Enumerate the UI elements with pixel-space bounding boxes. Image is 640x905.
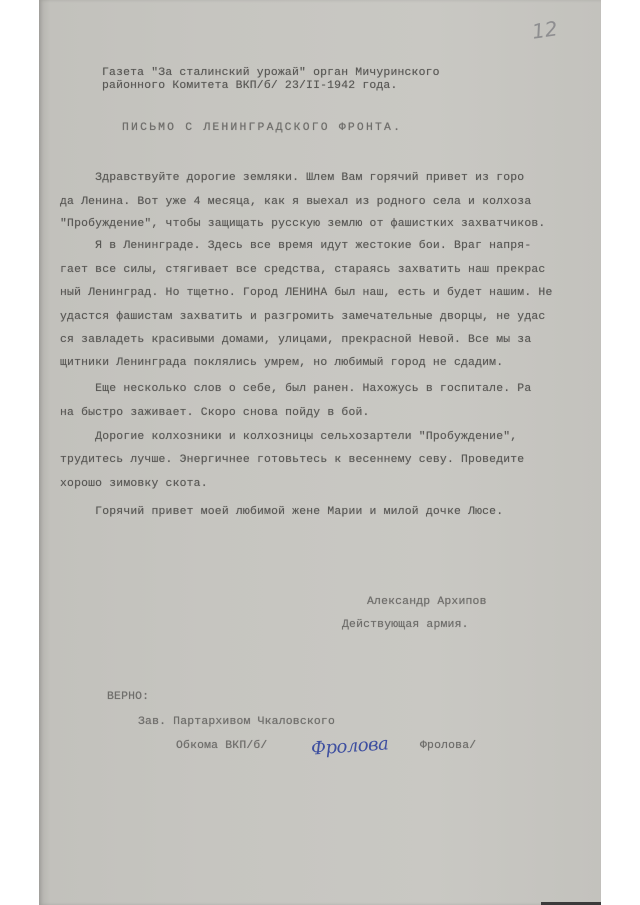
body-line: Еще несколько слов о себе, был ранен. На… <box>60 383 531 395</box>
body-line: "Пробуждение", чтобы защищать русскую зе… <box>60 218 545 230</box>
body-line: да Ленина. Вот уже 4 месяца, как я выеха… <box>60 196 531 208</box>
author-unit: Действующая армия. <box>342 619 469 631</box>
body-line: Здравствуйте дорогие земляки. Шлем Вам г… <box>60 172 524 184</box>
body-line: трудитесь лучше. Энергичнее готовьтесь к… <box>60 454 524 466</box>
body-line: на быстро заживает. Скоро снова пойду в … <box>60 407 370 419</box>
document-page <box>39 0 601 905</box>
certification-line-2-prefix: Обкома ВКП/б/ <box>176 740 267 752</box>
certification-line-2-suffix: Фролова/ <box>420 740 476 752</box>
body-line: Горячий привет моей любимой жене Марии и… <box>60 506 503 518</box>
certification-line-1: Зав. Партархивом Чкаловского <box>138 716 335 728</box>
body-line: щитники Ленинграда поклялись умрем, но л… <box>60 357 503 369</box>
certification-label: ВЕРНО: <box>107 691 149 703</box>
body-line: гает все силы, стягивает все средства, с… <box>60 264 545 276</box>
body-line: Я в Ленинграде. Здесь все время идут жес… <box>60 240 531 252</box>
body-line: ся завладеть красивыми домами, улицами, … <box>60 334 531 346</box>
body-line: хорошо зимовку скота. <box>60 478 208 490</box>
body-line: Дорогие колхозники и колхозницы сельхоза… <box>60 431 517 443</box>
body-line: удастся фашистам захватить и разгромить … <box>60 311 545 323</box>
letter-title: ПИСЬМО С ЛЕНИНГРАДСКОГО ФРОНТА. <box>122 122 402 134</box>
header-line-2: районного Комитета ВКП/б/ 23/II-1942 год… <box>102 80 398 92</box>
author-name: Александр Архипов <box>367 596 487 608</box>
archive-page-number: 12 <box>530 16 559 43</box>
header-line-1: Газета "За сталинский урожай" орган Мичу… <box>102 67 440 79</box>
body-line: ный Ленинград. Но тщетно. Город ЛЕНИНА б… <box>60 287 553 299</box>
